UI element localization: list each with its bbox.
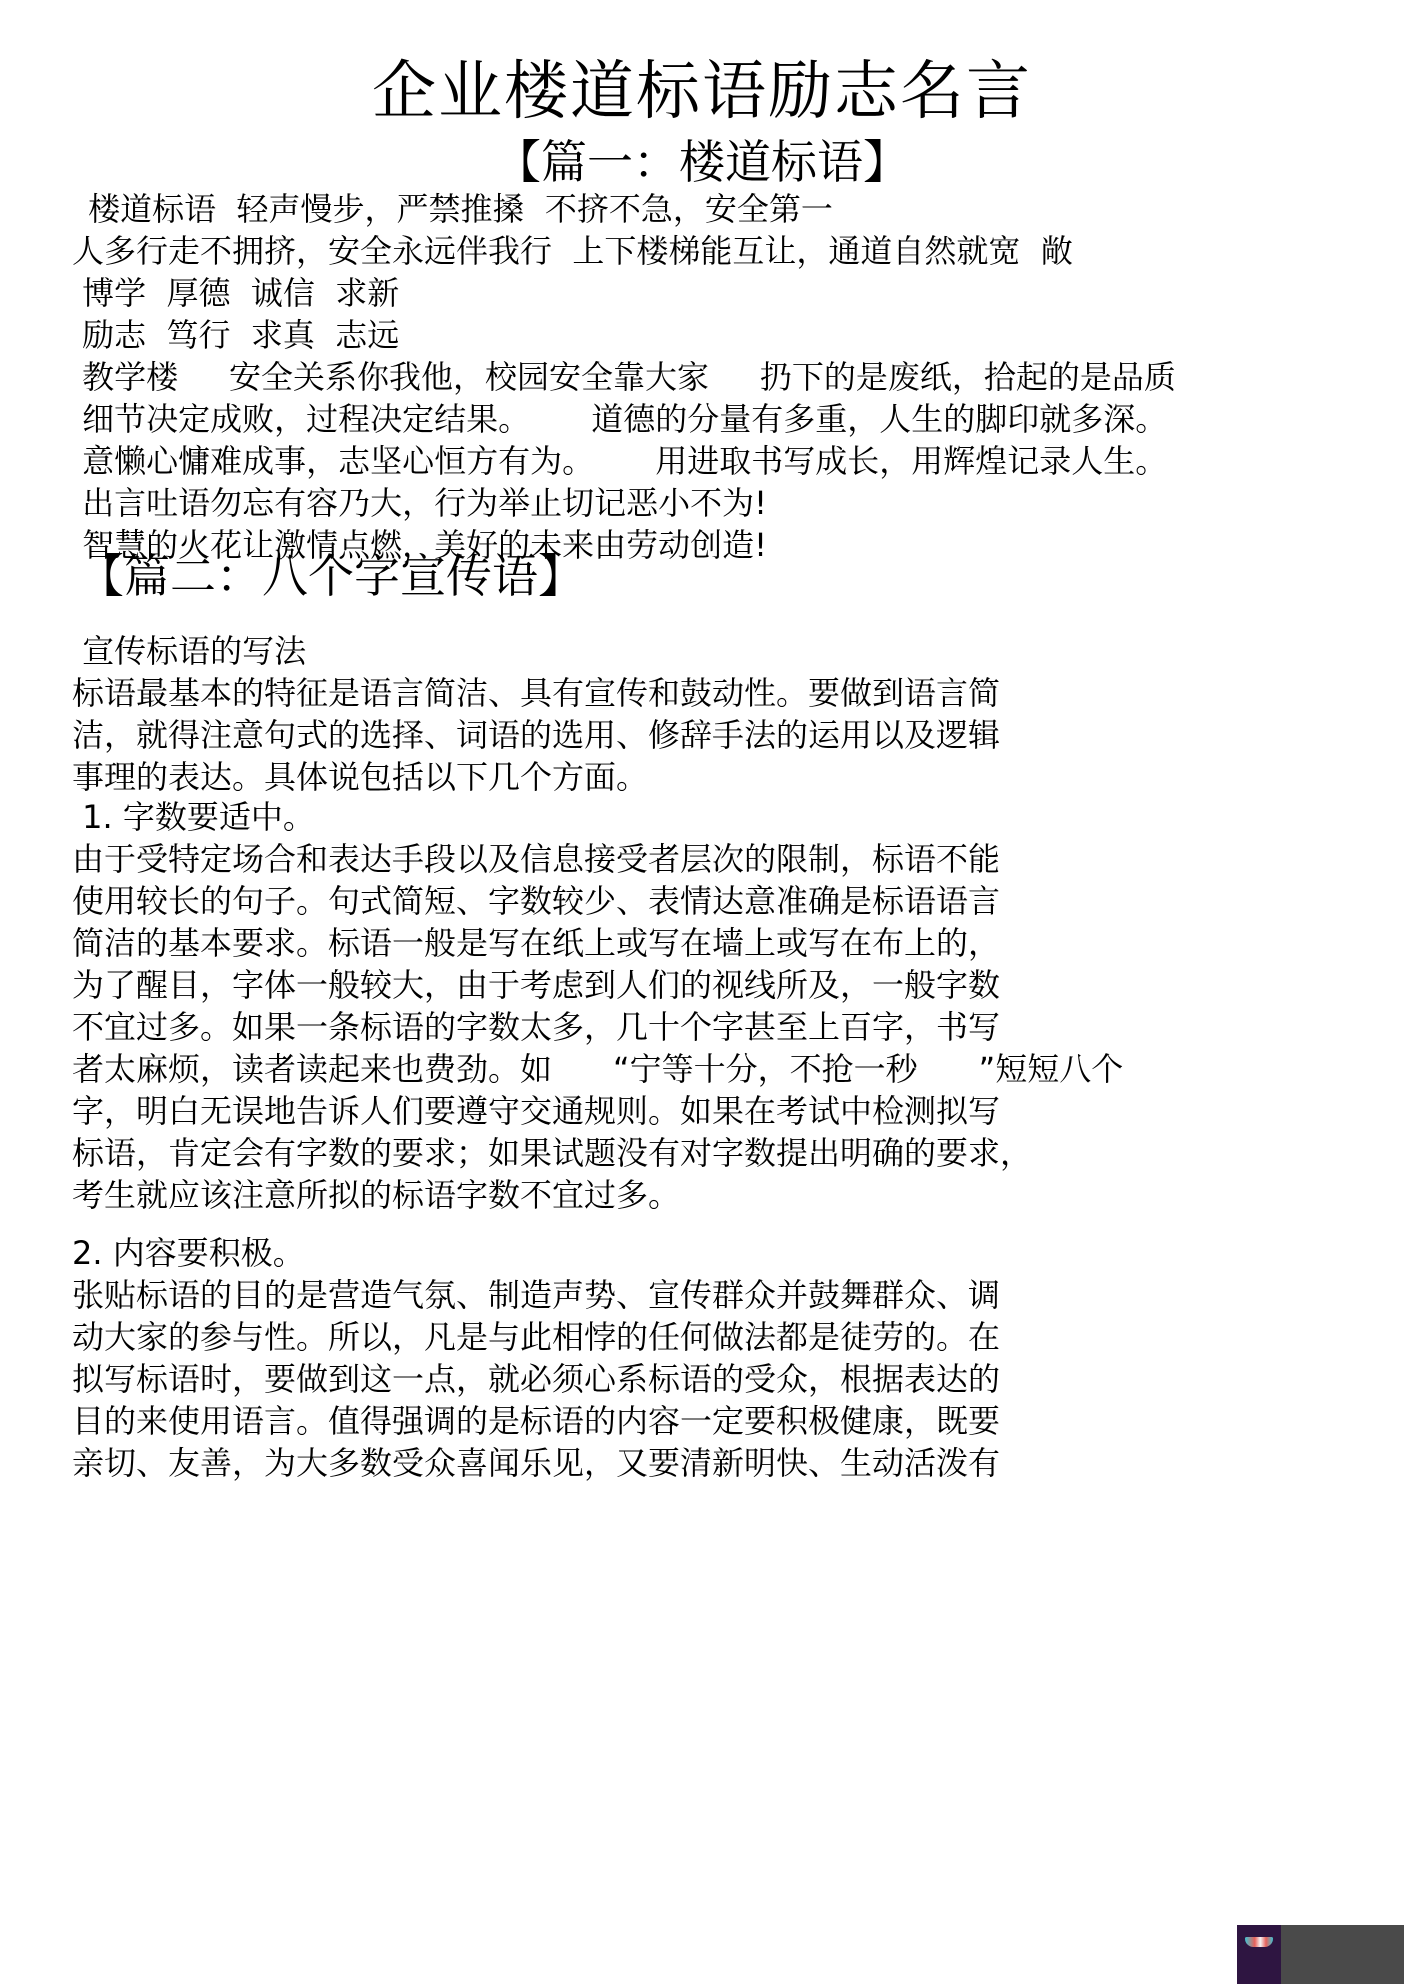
subheading: 宣传标语的写法 xyxy=(72,630,306,672)
paragraph-line: 事理的表达。具体说包括以下几个方面。 xyxy=(72,756,648,798)
watermark-logo-icon xyxy=(1245,1937,1273,1947)
paragraph-line: 动大家的参与性。所以，凡是与此相悖的任何做法都是徒劳的。在 xyxy=(72,1316,1000,1358)
slogan-line: 博学 厚德 诚信 求新 xyxy=(72,272,399,314)
paragraph-line: 目的来使用语言。值得强调的是标语的内容一定要积极健康，既要 xyxy=(72,1400,1000,1442)
paragraph-line: 为了醒目，字体一般较大，由于考虑到人们的视线所及，一般字数 xyxy=(72,964,1000,1006)
slogan-line: 细节决定成败，过程决定结果。 道德的分量有多重，人生的脚印就多深。 xyxy=(72,398,1167,440)
badge-left-panel xyxy=(1237,1925,1281,1984)
point-1-heading: 1. 字数要适中。 xyxy=(72,796,315,838)
paragraph-line: 者太麻烦，读者读起来也费劲。如 “宁等十分，不抢一秒 ”短短八个 xyxy=(72,1048,1123,1090)
paragraph-line: 不宜过多。如果一条标语的字数太多，几十个字甚至上百字，书写 xyxy=(72,1006,1000,1048)
paragraph-line: 拟写标语时，要做到这一点，就必须心系标语的受众，根据表达的 xyxy=(72,1358,1000,1400)
slogan-line: 教学楼 安全关系你我他，校园安全靠大家 扔下的是废纸，拾起的是品质 xyxy=(72,356,1176,398)
slogan-line: 楼道标语 轻声慢步，严禁推搡 不挤不急，安全第一 xyxy=(78,188,833,230)
watermark-badge xyxy=(1237,1925,1404,1984)
paragraph-line: 标语，肯定会有字数的要求；如果试题没有对字数提出明确的要求， xyxy=(72,1132,1032,1174)
slogan-line: 人多行走不拥挤，安全永远伴我行 上下楼梯能互让，通道自然就宽 敞 xyxy=(72,230,1073,272)
paragraph-line: 简洁的基本要求。标语一般是写在纸上或写在墙上或写在布上的， xyxy=(72,922,1000,964)
point-2-heading: 2. 内容要积极。 xyxy=(72,1232,305,1274)
section-1-heading: 【篇一：楼道标语】 xyxy=(0,132,1404,192)
document-title: 企业楼道标语励志名言 xyxy=(0,52,1404,132)
paragraph-line: 亲切、友善，为大多数受众喜闻乐见，又要清新明快、生动活泼有 xyxy=(72,1442,1000,1484)
slogan-line: 出言吐语勿忘有容乃大，行为举止切记恶小不为! xyxy=(72,482,767,524)
slogan-line: 意懒心慵难成事，志坚心恒方有为。 用进取书写成长，用辉煌记录人生。 xyxy=(72,440,1167,482)
paragraph-line: 张贴标语的目的是营造气氛、制造声势、宣传群众并鼓舞群众、调 xyxy=(72,1274,1000,1316)
paragraph-line: 考生就应该注意所拟的标语字数不宜过多。 xyxy=(72,1174,680,1216)
slogan-line: 励志 笃行 求真 志远 xyxy=(72,314,399,356)
paragraph-line: 字，明白无误地告诉人们要遵守交通规则。如果在考试中检测拟写 xyxy=(72,1090,1000,1132)
paragraph-line: 洁，就得注意句式的选择、词语的选用、修辞手法的运用以及逻辑 xyxy=(72,714,1000,756)
section-2-heading: 【篇二：八个字宣传语】 xyxy=(78,546,584,606)
paragraph-line: 由于受特定场合和表达手段以及信息接受者层次的限制，标语不能 xyxy=(72,838,1000,880)
paragraph-line: 标语最基本的特征是语言简洁、具有宣传和鼓动性。要做到语言简 xyxy=(72,672,1000,714)
paragraph-line: 使用较长的句子。句式简短、字数较少、表情达意准确是标语语言 xyxy=(72,880,1000,922)
